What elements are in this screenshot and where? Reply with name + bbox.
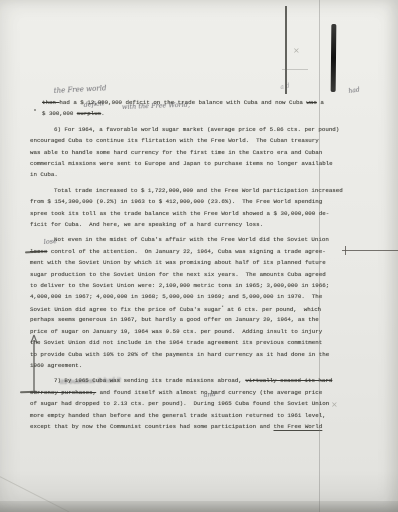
x-pen-mark: × [293, 46, 300, 55]
typed-text: a [317, 99, 324, 106]
typed-line: perhaps seems generous in 1967, but hard… [30, 314, 386, 325]
handwritten-annotation: a d [280, 82, 290, 91]
typed-text: to provide Cuba with 10% to 20% of the p… [30, 351, 329, 358]
typed-line: Not even in the midst of Cuba's affair w… [30, 234, 386, 245]
scan-edge-line [319, 0, 320, 512]
margin-line-right [342, 250, 398, 251]
typed-text: encouraged Cuba to continue its flirtati… [30, 137, 319, 144]
margin-line-tick [345, 246, 346, 255]
struck-text: was [306, 99, 316, 106]
typed-text: $ 300,000 [42, 110, 77, 117]
typed-line: 1960 agreement. [30, 360, 386, 371]
typed-text: . [101, 110, 104, 117]
typed-text: spree took its toll as the trade balance… [30, 210, 329, 217]
typed-text: perhaps seems generous in 1967, but hard… [30, 316, 319, 323]
typed-line: to provide Cuba with 10% to 20% of the p… [30, 349, 386, 360]
paragraph: 6) For 1964, a favorable world sugar mar… [30, 124, 386, 181]
text-block: then had a $ 12,000,000 deficit on the t… [30, 97, 386, 436]
typed-text: ment with the Soviet Union by which it w… [30, 259, 326, 266]
typed-text: the Soviet Union did not include in the … [30, 339, 322, 346]
typed-line: in Cuba. [30, 169, 386, 180]
typed-text: sugar production to the Soviet Union for… [30, 271, 326, 278]
binder-mark [331, 24, 337, 92]
struck-text: then [42, 99, 59, 106]
typed-line: loose control of the attention. On Janua… [30, 246, 386, 257]
typed-text: was able to handle some hard currency fo… [30, 149, 322, 156]
x-pen-mark: × [331, 400, 338, 409]
typed-text: except that by now the Communist countri… [30, 423, 274, 430]
typed-text: to deliver to the Soviet Union were: 2,1… [30, 282, 329, 289]
margin-arrow-mark [27, 334, 41, 396]
typed-text: commercial missions were sent to Europe … [30, 160, 333, 167]
typed-text: 6) For 1964, a favorable world sugar mar… [54, 126, 339, 133]
typed-text: ficit for Cuba. And here, we are speakin… [30, 221, 263, 228]
typed-text: of sugar had dropped to 2.13 cts. per po… [30, 400, 329, 407]
typed-line: ment with the Soviet Union by which it w… [30, 257, 386, 268]
typed-line: 6) For 1964, a favorable world sugar mar… [30, 124, 386, 135]
typed-line: to deliver to the Soviet Union were: 2,1… [30, 280, 386, 291]
handwritten-annotation: lose [43, 237, 57, 246]
typed-line: except that by now the Communist countri… [30, 421, 386, 432]
typed-text: Not even in the midst of Cuba's affair w… [54, 236, 329, 243]
paragraph: Not even in the midst of Cuba's affair w… [30, 234, 386, 371]
typed-line: ficit for Cuba. And here, we are speakin… [30, 219, 386, 230]
paragraph: Total trade increased to $ 1,722,000,000… [30, 185, 386, 231]
scan-streak [285, 6, 287, 94]
typed-line: Total trade increased to $ 1,722,000,000… [30, 185, 386, 196]
typed-line: $ 300,000 surplus. [42, 108, 386, 119]
typed-text: more empty handed than before and the ge… [30, 412, 326, 419]
typed-line: Soviet Union did agree to fix the price … [30, 303, 386, 314]
typed-text: 4,000,000 in 1967; 4,000,000 in 1968; 5,… [30, 293, 322, 300]
stray-dot [34, 109, 36, 111]
underlined-text: the Free World [274, 423, 323, 430]
struck-text: surplus [77, 110, 101, 117]
scan-scratch [282, 69, 308, 70]
handwritten-annotation: and [203, 390, 216, 399]
typed-line: encouraged Cuba to continue its flirtati… [30, 135, 386, 146]
typed-text: price of sugar on January 19, 1964 was 9… [30, 328, 322, 335]
typed-text: from $ 154,300,000 (9.2%) in 1963 to $ 4… [30, 198, 322, 205]
typed-text: control of the attention. On January 22,… [47, 248, 325, 255]
typed-line: price of sugar on January 19, 1964 was 9… [30, 326, 386, 337]
typed-text: Soviet Union did agree to fix the price … [30, 306, 221, 313]
typed-text: at 6 cts. per pound, which [224, 306, 321, 313]
typed-line: commercial missions were sent to Europe … [30, 158, 386, 169]
typed-line: sugar production to the Soviet Union for… [30, 269, 386, 280]
typed-line: more empty handed than before and the ge… [30, 410, 386, 421]
typed-line: 4,000,000 in 1967; 4,000,000 in 1968; 5,… [30, 291, 386, 302]
scanned-document-page: then had a $ 12,000,000 deficit on the t… [0, 0, 398, 512]
typed-line: from $ 154,300,000 (9.2%) in 1963 to $ 4… [30, 196, 386, 207]
typed-line: was able to handle some hard currency fo… [30, 147, 386, 158]
handwritten-annotation: the Free world [54, 84, 107, 95]
typed-line: the Soviet Union did not include in the … [30, 337, 386, 348]
typed-text: in Cuba. [30, 171, 58, 178]
typed-text: Total trade increased to $ 1,722,000,000… [54, 187, 343, 194]
handwritten-annotation: had [348, 86, 360, 95]
scan-shadow-band [0, 501, 398, 512]
typed-line: spree took its toll as the trade balance… [30, 208, 386, 219]
